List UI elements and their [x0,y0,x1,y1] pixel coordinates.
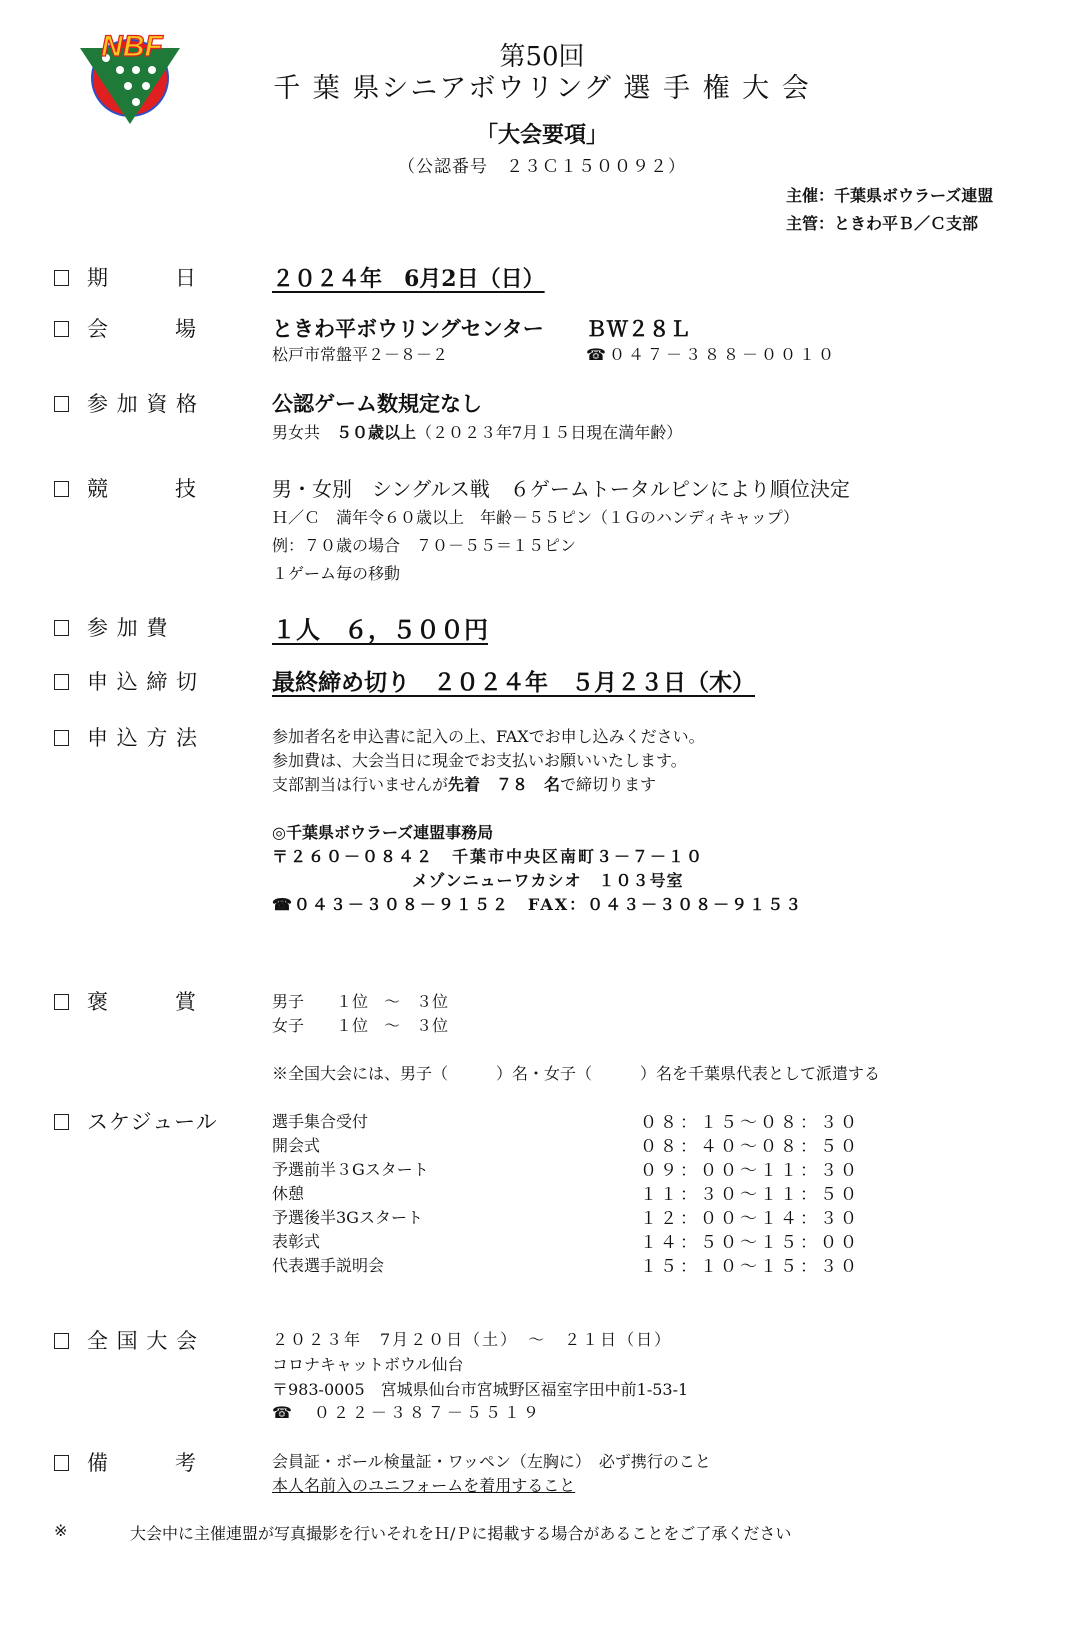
checkbox-icon [54,396,69,412]
host: 主管：ときわ平Ｂ／Ｃ支部 [786,211,978,234]
remarks-line-2: 本人名前入のユニフォームを着用すること [272,1473,575,1496]
schedule-item-time: １１：３０～１１：５０ [640,1180,860,1205]
section-label-remarks: 備 考 [54,1447,197,1477]
schedule-item-time: ０８：４０～０８：５０ [640,1132,860,1157]
method-line-2: 参加費は、大会当日に現金でお支払いお願いいたします。 [272,748,687,771]
footer-note: 大会中に主催連盟が写真撮影を行いそれをＨ/Ｐに掲載する場合があることをご了承くだ… [130,1521,791,1544]
checkbox-icon [54,481,69,497]
national-dates: ２０２３年 7月２０日（土） ～ ２１日（日） [272,1327,672,1350]
phone-icon: ☎ [586,345,609,364]
competition-example: 例：７０歳の場合 ７０－５５＝１５ピン [272,533,576,556]
checkbox-icon [54,321,69,337]
checkbox-icon [54,1455,69,1471]
eligibility-rule: 公認ゲーム数規定なし [272,388,482,418]
page-title: 千 葉 県シニアボウリング 選 手 権 大 会 [0,66,1084,105]
schedule-item-time: ０９：００～１１：３０ [640,1156,860,1181]
section-label-venue: 会 場 [54,313,197,343]
section-label-fee: 参 加 費 [54,612,168,642]
national-venue: コロナキャットボウル仙台 [272,1352,464,1375]
schedule-item-name: 予選後半3Gスタート [272,1205,423,1228]
section-label-date: 期 日 [54,262,197,292]
document-subtitle: 「大会要項」 [0,118,1084,149]
eligibility-age: 男女共 ５０歳以上（２０２３年7月１５日現在満年齢） [272,420,682,443]
section-label-competition: 競 技 [54,473,197,503]
venue-name: ときわ平ボウリングセンター ＢＷ２８Ｌ [272,313,691,343]
entry-fee: １人 ６，５００円 [272,610,488,645]
approval-number: （公認番号 ２３Ｃ１５００９２） [0,152,1084,177]
remarks-line-1: 会員証・ボール検量証・ワッペン（左胸に） 必ず携行のこと [272,1449,711,1472]
schedule-item-name: 予選前半３Gスタート [272,1157,429,1180]
awards-men: 男子 １位 ～ ３位 [272,989,448,1012]
section-label-national: 全 国 大 会 [54,1325,198,1355]
office-phone-fax: ☎０４３－３０８－９１５２ FAX：０４３－３０８－９１５３ [272,892,803,915]
checkbox-icon [54,1333,69,1349]
checkbox-icon [54,270,69,286]
organizer: 主催：千葉県ボウラーズ連盟 [786,183,993,206]
office-name: ◎千葉県ボウラーズ連盟事務局 [272,820,493,843]
section-label-eligibility: 参 加 資 格 [54,388,198,418]
event-date: ２０２４年 6月2日（日） [272,262,545,293]
awards-national-note: ※全国大会には、男子（ ）名・女子（ ）名を千葉県代表として派遣する [272,1061,880,1084]
awards-women: 女子 １位 ～ ３位 [272,1013,448,1036]
section-label-method: 申 込 方 法 [54,722,198,752]
checkbox-icon [54,674,69,690]
footer-note-mark: ※ [54,1521,67,1540]
schedule-item-name: 選手集合受付 [272,1109,368,1132]
schedule-item-time: １４：５０～１５：００ [640,1228,860,1253]
schedule-item-time: １５：１０～１５：３０ [640,1252,860,1277]
checkbox-icon [54,994,69,1010]
checkbox-icon [54,730,69,746]
schedule-item-time: ０８：１５～０８：３０ [640,1108,860,1133]
competition-format: 男・女別 シングルス戦 ６ゲームトータルピンにより順位決定 [272,473,850,502]
entry-deadline: 最終締め切り ２０２４年 ５月２３日（木） [272,664,755,697]
section-label-deadline: 申 込 締 切 [54,666,198,696]
method-line-3: 支部割当は行いませんが先着 ７８ 名で締切ります [272,772,656,795]
office-building: メゾンニューワカシオ １０３号室 [412,868,684,891]
national-phone: ☎ ０２２－３８７－５５１９ [272,1400,542,1423]
venue-phone: ☎０４７－３８８－００１０ [586,342,837,365]
schedule-item-name: 代表選手説明会 [272,1253,384,1276]
competition-lane-move: １ゲーム毎の移動 [272,561,400,584]
section-label-schedule: スケジュール [54,1106,218,1136]
section-label-awards: 褒 賞 [54,986,197,1016]
schedule-item-time: １２：００～１４：３０ [640,1204,860,1229]
schedule-item-name: 表彰式 [272,1229,320,1252]
office-address: 〒２６０－０８４２ 千葉市中央区南町３－７－１０ [272,844,704,867]
national-address: 〒983-0005 宮城県仙台市宮城野区福室字田中前1-53-1 [272,1377,688,1400]
method-line-1: 参加者名を申込書に記入の上、FAXでお申し込みください。 [272,724,705,747]
schedule-item-name: 開会式 [272,1133,320,1156]
checkbox-icon [54,620,69,636]
checkbox-icon [54,1114,69,1130]
schedule-item-name: 休憩 [272,1181,304,1204]
competition-handicap: Ｈ／Ｃ 満年令６０歳以上 年齢－５５ピン（１Ｇのハンディキャップ） [272,505,799,528]
venue-address: 松戸市常盤平２－８－２ [272,342,448,365]
